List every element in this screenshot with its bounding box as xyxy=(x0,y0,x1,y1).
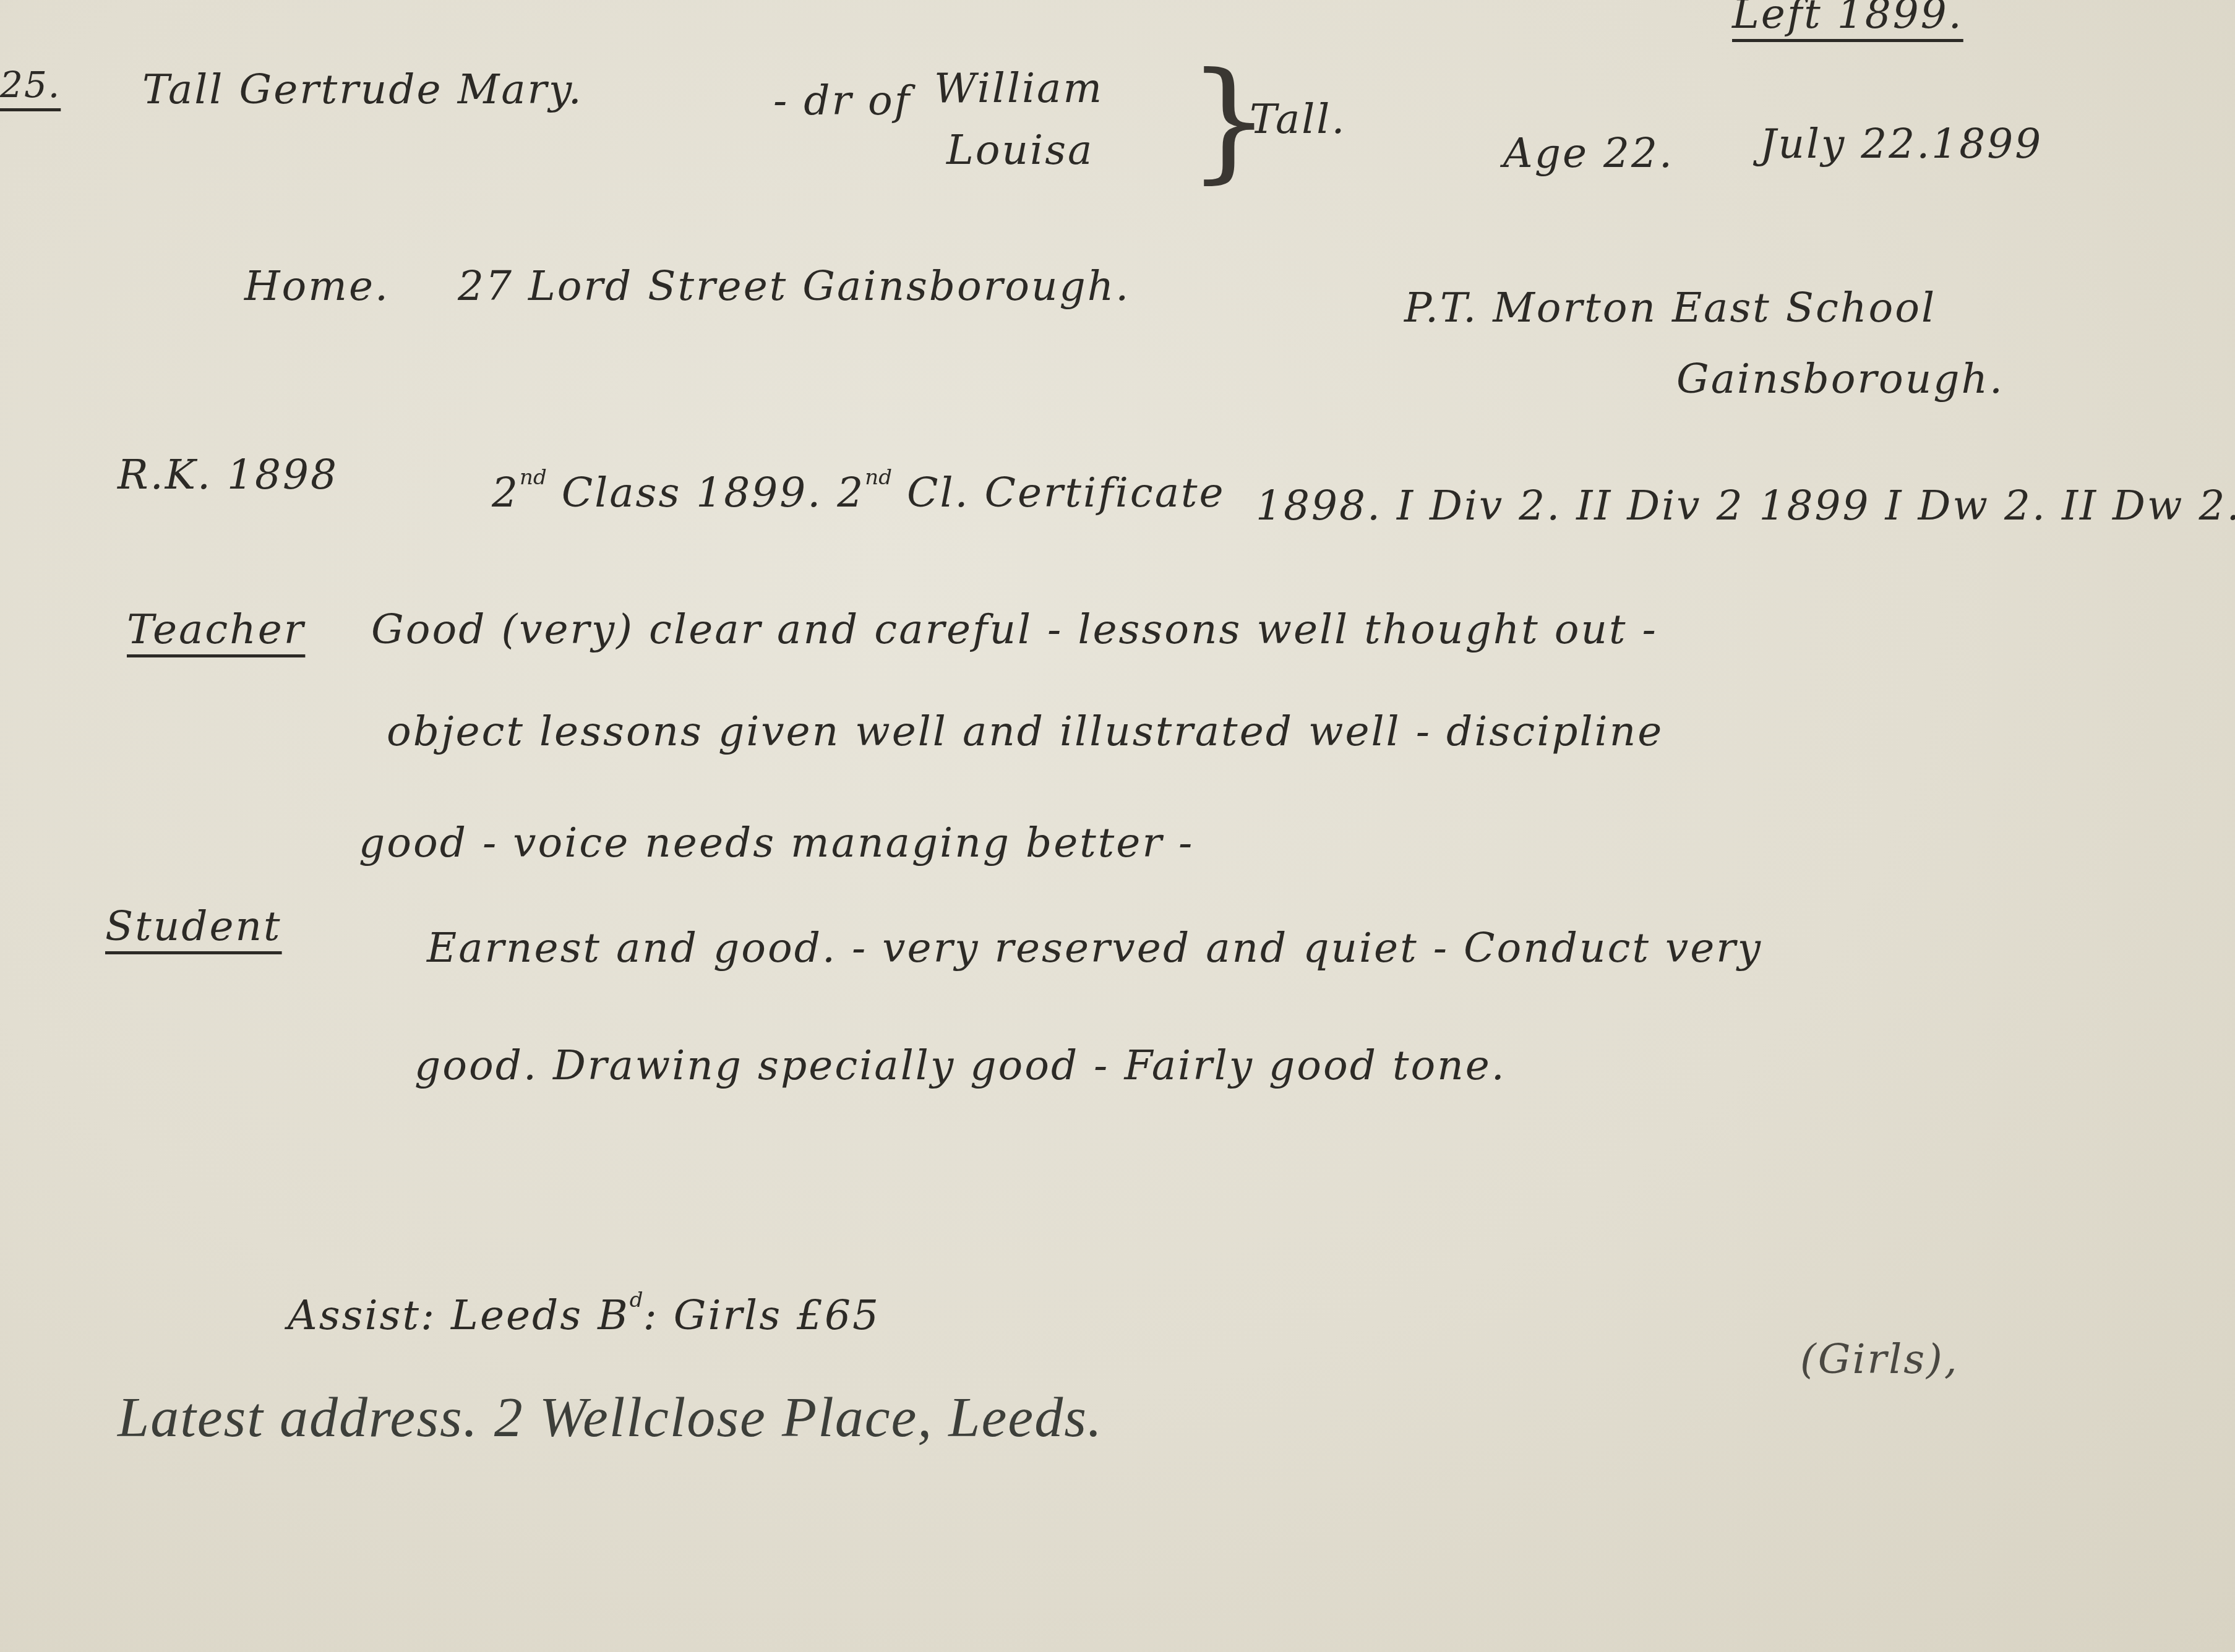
family-surname: Tall. xyxy=(1250,99,1346,140)
appointment: Assist: Leeds Bd: Girls £65 xyxy=(288,1290,880,1336)
student-label: Student xyxy=(105,906,282,947)
left-year-note: Left 1899. xyxy=(1732,0,1963,35)
student-remarks-line-1: Earnest and good. - very reserved and qu… xyxy=(427,928,1762,969)
student-remarks-line-2: good. Drawing specially good - Fairly go… xyxy=(414,1045,1506,1086)
mother-name: Louisa xyxy=(946,130,1094,171)
entry-number: 25. xyxy=(0,67,61,103)
class-result: 2nd Class 1899. 2nd Cl. Certificate xyxy=(492,467,1225,513)
school-name: P.T. Morton East School xyxy=(1404,288,1936,328)
rk-year: R.K. 1898 xyxy=(118,455,338,495)
division-results: 1898. I Div 2. II Div 2 1899 I Dw 2. II … xyxy=(1256,486,2235,526)
school-town: Gainsborough. xyxy=(1676,359,2004,400)
teacher-remarks-line-1: Good (very) clear and careful - lessons … xyxy=(371,609,1658,650)
latest-address: Latest address. 2 Wellclose Place, Leeds… xyxy=(118,1389,1103,1445)
home-address: 27 Lord Street Gainsborough. xyxy=(458,266,1130,307)
home-label: Home. xyxy=(244,266,390,307)
entry-date: July 22.1899 xyxy=(1760,124,2043,165)
teacher-label: Teacher xyxy=(127,609,305,650)
teacher-remarks-line-2: object lessons given well and illustrate… xyxy=(387,711,1663,752)
teacher-remarks-line-3: good - voice needs managing better - xyxy=(359,823,1194,863)
age: Age 22. xyxy=(1503,133,1674,174)
student-name: Tall Gertrude Mary. xyxy=(142,69,583,110)
register-page: Left 1899. 25. Tall Gertrude Mary. - dr … xyxy=(0,0,2235,1652)
father-name: William xyxy=(934,68,1104,109)
parentage-prefix: - dr of xyxy=(773,80,911,121)
appointment-note: (Girls), xyxy=(1800,1339,1959,1380)
